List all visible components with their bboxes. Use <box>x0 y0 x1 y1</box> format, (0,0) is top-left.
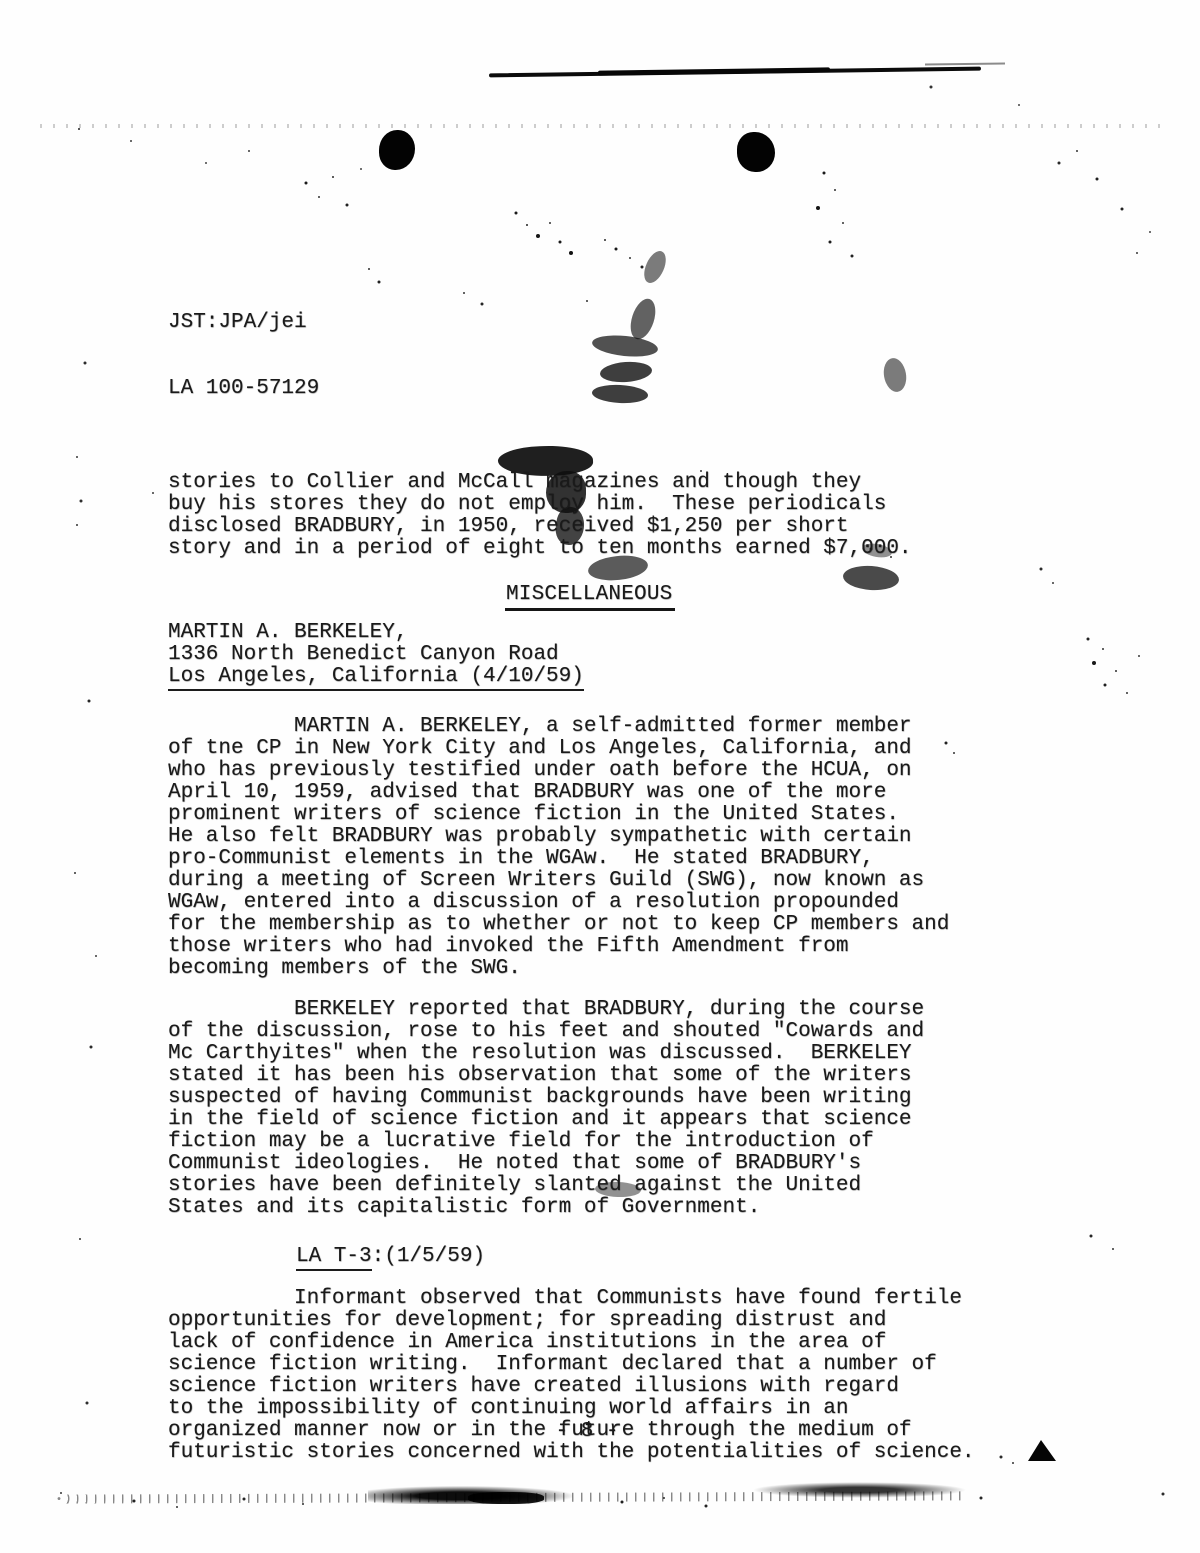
page-bottom-noise-blob <box>752 1482 967 1498</box>
informant-source-date: :(1/5/59) <box>372 1245 485 1268</box>
file-reference-header: JST:JPA/jei LA 100-57129 <box>168 268 998 444</box>
scanned-document-page: JST:JPA/jei LA 100-57129 stories to Coll… <box>0 0 1200 1553</box>
page-number: - 8 - <box>0 1420 1174 1443</box>
berkeley-testimony-paragraph: MARTIN A. BERKELEY, a self-admitted form… <box>168 716 998 980</box>
intro-paragraph: stories to Collier and McCall magazines … <box>168 472 998 560</box>
page-bottom-noise-blob <box>368 1486 573 1504</box>
subject-name: MARTIN A. BERKELEY, <box>168 622 998 644</box>
subject-street: 1336 North Benedict Canyon Road <box>168 644 998 666</box>
hole-punch-mark-right <box>737 132 775 172</box>
file-reference-number: LA 100-57129 <box>168 378 998 400</box>
document-text-column: JST:JPA/jei LA 100-57129 stories to Coll… <box>168 268 998 1464</box>
hole-punch-mark-left <box>379 130 415 170</box>
scratch-line-dark-part <box>598 67 830 75</box>
scratch-line-tail <box>925 62 1005 65</box>
berkeley-report-paragraph: BERKELEY reported that BRADBURY, during … <box>168 999 998 1219</box>
page-bottom-noise-band <box>55 1491 965 1503</box>
subject-name-address-block: MARTIN A. BERKELEY, 1336 North Benedict … <box>168 622 998 691</box>
section-heading-miscellaneous: MISCELLANEOUS <box>505 584 675 611</box>
informant-source-label: LA T-3 <box>296 1245 372 1271</box>
subject-city-date: Los Angeles, California (4/10/59) <box>168 666 584 691</box>
scratch-line <box>489 67 981 77</box>
corner-triangle-mark <box>1028 1440 1056 1461</box>
page-bottom-noise-blob <box>468 1492 544 1504</box>
file-reference-initials: JST:JPA/jei <box>168 312 998 334</box>
halftone-dot-row <box>40 124 1165 128</box>
informant-source-heading: LA T-3:(1/5/59) <box>168 1246 998 1268</box>
scanner-speckle-noise <box>0 0 2 2</box>
